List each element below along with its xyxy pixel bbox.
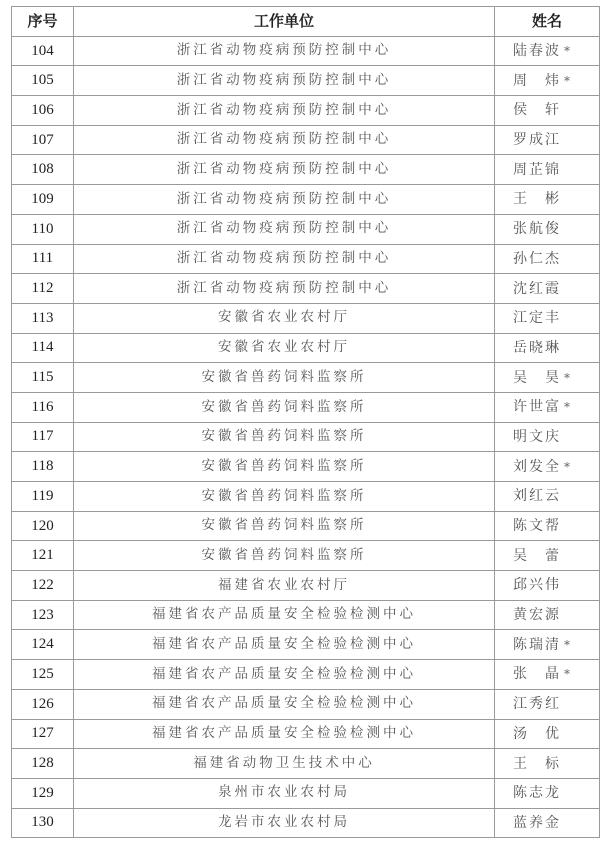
row-work-unit: 安徽省兽药饲料监察所 [74, 363, 495, 393]
row-work-unit: 安徽省兽药饲料监察所 [74, 511, 495, 541]
row-number: 126 [12, 689, 74, 719]
row-work-unit: 浙江省动物疫病预防控制中心 [74, 185, 495, 215]
row-number: 112 [12, 274, 74, 304]
row-name: 侯 轩 [513, 102, 561, 118]
asterisk-mark: * [564, 74, 572, 88]
table-row: 124福建省农产品质量安全检验检测中心陈瑞清* [12, 630, 600, 660]
row-name: 罗成江 [513, 132, 561, 148]
row-name: 王 标 [513, 756, 561, 772]
table-row: 122福建省农业农村厅邱兴伟 [12, 571, 600, 601]
row-name-cell: 王 标 [495, 749, 600, 779]
row-name-cell: 刘红云 [495, 482, 600, 512]
table-row: 126福建省农产品质量安全检验检测中心江秀红 [12, 689, 600, 719]
row-work-unit: 安徽省兽药饲料监察所 [74, 392, 495, 422]
row-number: 115 [12, 363, 74, 393]
table-row: 121安徽省兽药饲料监察所吴 蕾 [12, 541, 600, 571]
table-row: 125福建省农产品质量安全检验检测中心张 晶* [12, 660, 600, 690]
asterisk-mark: * [564, 638, 572, 652]
row-work-unit: 福建省农产品质量安全检验检测中心 [74, 719, 495, 749]
table-row: 111浙江省动物疫病预防控制中心孙仁杰 [12, 244, 600, 274]
table-row: 110浙江省动物疫病预防控制中心张航俊 [12, 214, 600, 244]
row-number: 120 [12, 511, 74, 541]
table-row: 114安徽省农业农村厅岳晓琳 [12, 333, 600, 363]
row-work-unit: 浙江省动物疫病预防控制中心 [74, 66, 495, 96]
row-work-unit: 安徽省农业农村厅 [74, 303, 495, 333]
row-name: 周芷锦 [513, 162, 561, 178]
row-number: 117 [12, 422, 74, 452]
table-row: 105浙江省动物疫病预防控制中心周 炜* [12, 66, 600, 96]
row-work-unit: 浙江省动物疫病预防控制中心 [74, 125, 495, 155]
table-row: 123福建省农产品质量安全检验检测中心黄宏源 [12, 600, 600, 630]
row-number: 110 [12, 214, 74, 244]
row-work-unit: 福建省农产品质量安全检验检测中心 [74, 660, 495, 690]
row-name-cell: 沈红霞 [495, 274, 600, 304]
row-work-unit: 安徽省兽药饲料监察所 [74, 541, 495, 571]
row-number: 107 [12, 125, 74, 155]
table-row: 116安徽省兽药饲料监察所许世富* [12, 392, 600, 422]
row-number: 116 [12, 392, 74, 422]
row-name: 周 炜 [513, 73, 561, 89]
row-name: 黄宏源 [513, 607, 561, 623]
row-name: 沈红霞 [513, 281, 561, 297]
row-number: 125 [12, 660, 74, 690]
row-name-cell: 周芷锦 [495, 155, 600, 185]
table-row: 113安徽省农业农村厅江定丰 [12, 303, 600, 333]
row-name-cell: 陈瑞清* [495, 630, 600, 660]
table-row: 112浙江省动物疫病预防控制中心沈红霞 [12, 274, 600, 304]
row-number: 108 [12, 155, 74, 185]
row-name: 吴 昊 [513, 370, 561, 386]
row-work-unit: 安徽省兽药饲料监察所 [74, 422, 495, 452]
row-name-cell: 江定丰 [495, 303, 600, 333]
table-row: 109浙江省动物疫病预防控制中心王 彬 [12, 185, 600, 215]
row-name-cell: 岳晓琳 [495, 333, 600, 363]
row-work-unit: 浙江省动物疫病预防控制中心 [74, 214, 495, 244]
row-name-cell: 刘发全* [495, 452, 600, 482]
row-work-unit: 福建省农产品质量安全检验检测中心 [74, 630, 495, 660]
row-number: 123 [12, 600, 74, 630]
row-number: 109 [12, 185, 74, 215]
header-work-unit: 工作单位 [74, 7, 495, 37]
table-row: 118安徽省兽药饲料监察所刘发全* [12, 452, 600, 482]
row-number: 130 [12, 808, 74, 838]
table-row: 115安徽省兽药饲料监察所吴 昊* [12, 363, 600, 393]
row-name-cell: 吴 蕾 [495, 541, 600, 571]
personnel-table: 序号 工作单位 姓名 104浙江省动物疫病预防控制中心陆春波*105浙江省动物疫… [11, 6, 600, 838]
header-row: 序号 工作单位 姓名 [12, 7, 600, 37]
row-number: 113 [12, 303, 74, 333]
row-name: 江秀红 [513, 696, 561, 712]
row-number: 111 [12, 244, 74, 274]
table-row: 128福建省动物卫生技术中心王 标 [12, 749, 600, 779]
row-work-unit: 浙江省动物疫病预防控制中心 [74, 244, 495, 274]
row-work-unit: 福建省农业农村厅 [74, 571, 495, 601]
row-name-cell: 黄宏源 [495, 600, 600, 630]
asterisk-mark: * [564, 371, 572, 385]
row-name: 陆春波 [513, 43, 561, 59]
row-name: 明文庆 [513, 429, 561, 445]
row-number: 114 [12, 333, 74, 363]
row-name: 陈志龙 [513, 785, 561, 801]
row-name-cell: 许世富* [495, 392, 600, 422]
row-work-unit: 安徽省兽药饲料监察所 [74, 482, 495, 512]
row-work-unit: 龙岩市农业农村局 [74, 808, 495, 838]
table-row: 117安徽省兽药饲料监察所明文庆 [12, 422, 600, 452]
table-row: 130龙岩市农业农村局蓝养金 [12, 808, 600, 838]
row-work-unit: 安徽省农业农村厅 [74, 333, 495, 363]
row-number: 129 [12, 778, 74, 808]
row-name: 江定丰 [513, 310, 561, 326]
row-number: 121 [12, 541, 74, 571]
row-number: 104 [12, 36, 74, 66]
row-name-cell: 汤 优 [495, 719, 600, 749]
row-work-unit: 浙江省动物疫病预防控制中心 [74, 155, 495, 185]
row-name: 陈文帮 [513, 518, 561, 534]
table-row: 127福建省农产品质量安全检验检测中心汤 优 [12, 719, 600, 749]
row-name-cell: 陆春波* [495, 36, 600, 66]
row-number: 105 [12, 66, 74, 96]
row-name-cell: 张航俊 [495, 214, 600, 244]
row-work-unit: 福建省农产品质量安全检验检测中心 [74, 600, 495, 630]
row-name-cell: 邱兴伟 [495, 571, 600, 601]
row-work-unit: 福建省农产品质量安全检验检测中心 [74, 689, 495, 719]
row-name-cell: 孙仁杰 [495, 244, 600, 274]
row-name: 刘红云 [513, 488, 561, 504]
table-row: 120安徽省兽药饲料监察所陈文帮 [12, 511, 600, 541]
row-name-cell: 罗成江 [495, 125, 600, 155]
row-name: 张 晶 [513, 666, 561, 682]
row-name-cell: 江秀红 [495, 689, 600, 719]
table-row: 104浙江省动物疫病预防控制中心陆春波* [12, 36, 600, 66]
row-name-cell: 陈志龙 [495, 778, 600, 808]
table-row: 106浙江省动物疫病预防控制中心侯 轩 [12, 96, 600, 126]
row-name: 许世富 [513, 399, 561, 415]
row-number: 128 [12, 749, 74, 779]
row-name-cell: 蓝养金 [495, 808, 600, 838]
asterisk-mark: * [564, 44, 572, 58]
row-number: 106 [12, 96, 74, 126]
header-number: 序号 [12, 7, 74, 37]
asterisk-mark: * [564, 400, 572, 414]
row-work-unit: 福建省动物卫生技术中心 [74, 749, 495, 779]
row-name-cell: 张 晶* [495, 660, 600, 690]
row-work-unit: 浙江省动物疫病预防控制中心 [74, 36, 495, 66]
row-name: 王 彬 [513, 191, 561, 207]
header-name: 姓名 [495, 7, 600, 37]
row-name-cell: 王 彬 [495, 185, 600, 215]
row-name: 张航俊 [513, 221, 561, 237]
row-number: 118 [12, 452, 74, 482]
row-number: 127 [12, 719, 74, 749]
row-name: 孙仁杰 [513, 251, 561, 267]
row-work-unit: 浙江省动物疫病预防控制中心 [74, 96, 495, 126]
row-name-cell: 侯 轩 [495, 96, 600, 126]
table-row: 129泉州市农业农村局陈志龙 [12, 778, 600, 808]
row-work-unit: 浙江省动物疫病预防控制中心 [74, 274, 495, 304]
row-name: 陈瑞清 [513, 637, 561, 653]
row-name-cell: 周 炜* [495, 66, 600, 96]
row-number: 119 [12, 482, 74, 512]
row-name: 吴 蕾 [513, 548, 561, 564]
asterisk-mark: * [564, 460, 572, 474]
row-number: 122 [12, 571, 74, 601]
row-name: 汤 优 [513, 726, 561, 742]
table-row: 108浙江省动物疫病预防控制中心周芷锦 [12, 155, 600, 185]
table-row: 119安徽省兽药饲料监察所刘红云 [12, 482, 600, 512]
asterisk-mark: * [564, 667, 572, 681]
row-name: 蓝养金 [513, 815, 561, 831]
row-name: 刘发全 [513, 459, 561, 475]
row-name-cell: 吴 昊* [495, 363, 600, 393]
row-name-cell: 明文庆 [495, 422, 600, 452]
row-work-unit: 安徽省兽药饲料监察所 [74, 452, 495, 482]
row-name-cell: 陈文帮 [495, 511, 600, 541]
table-row: 107浙江省动物疫病预防控制中心罗成江 [12, 125, 600, 155]
row-number: 124 [12, 630, 74, 660]
row-name: 岳晓琳 [513, 340, 561, 356]
row-name: 邱兴伟 [513, 577, 561, 593]
row-work-unit: 泉州市农业农村局 [74, 778, 495, 808]
